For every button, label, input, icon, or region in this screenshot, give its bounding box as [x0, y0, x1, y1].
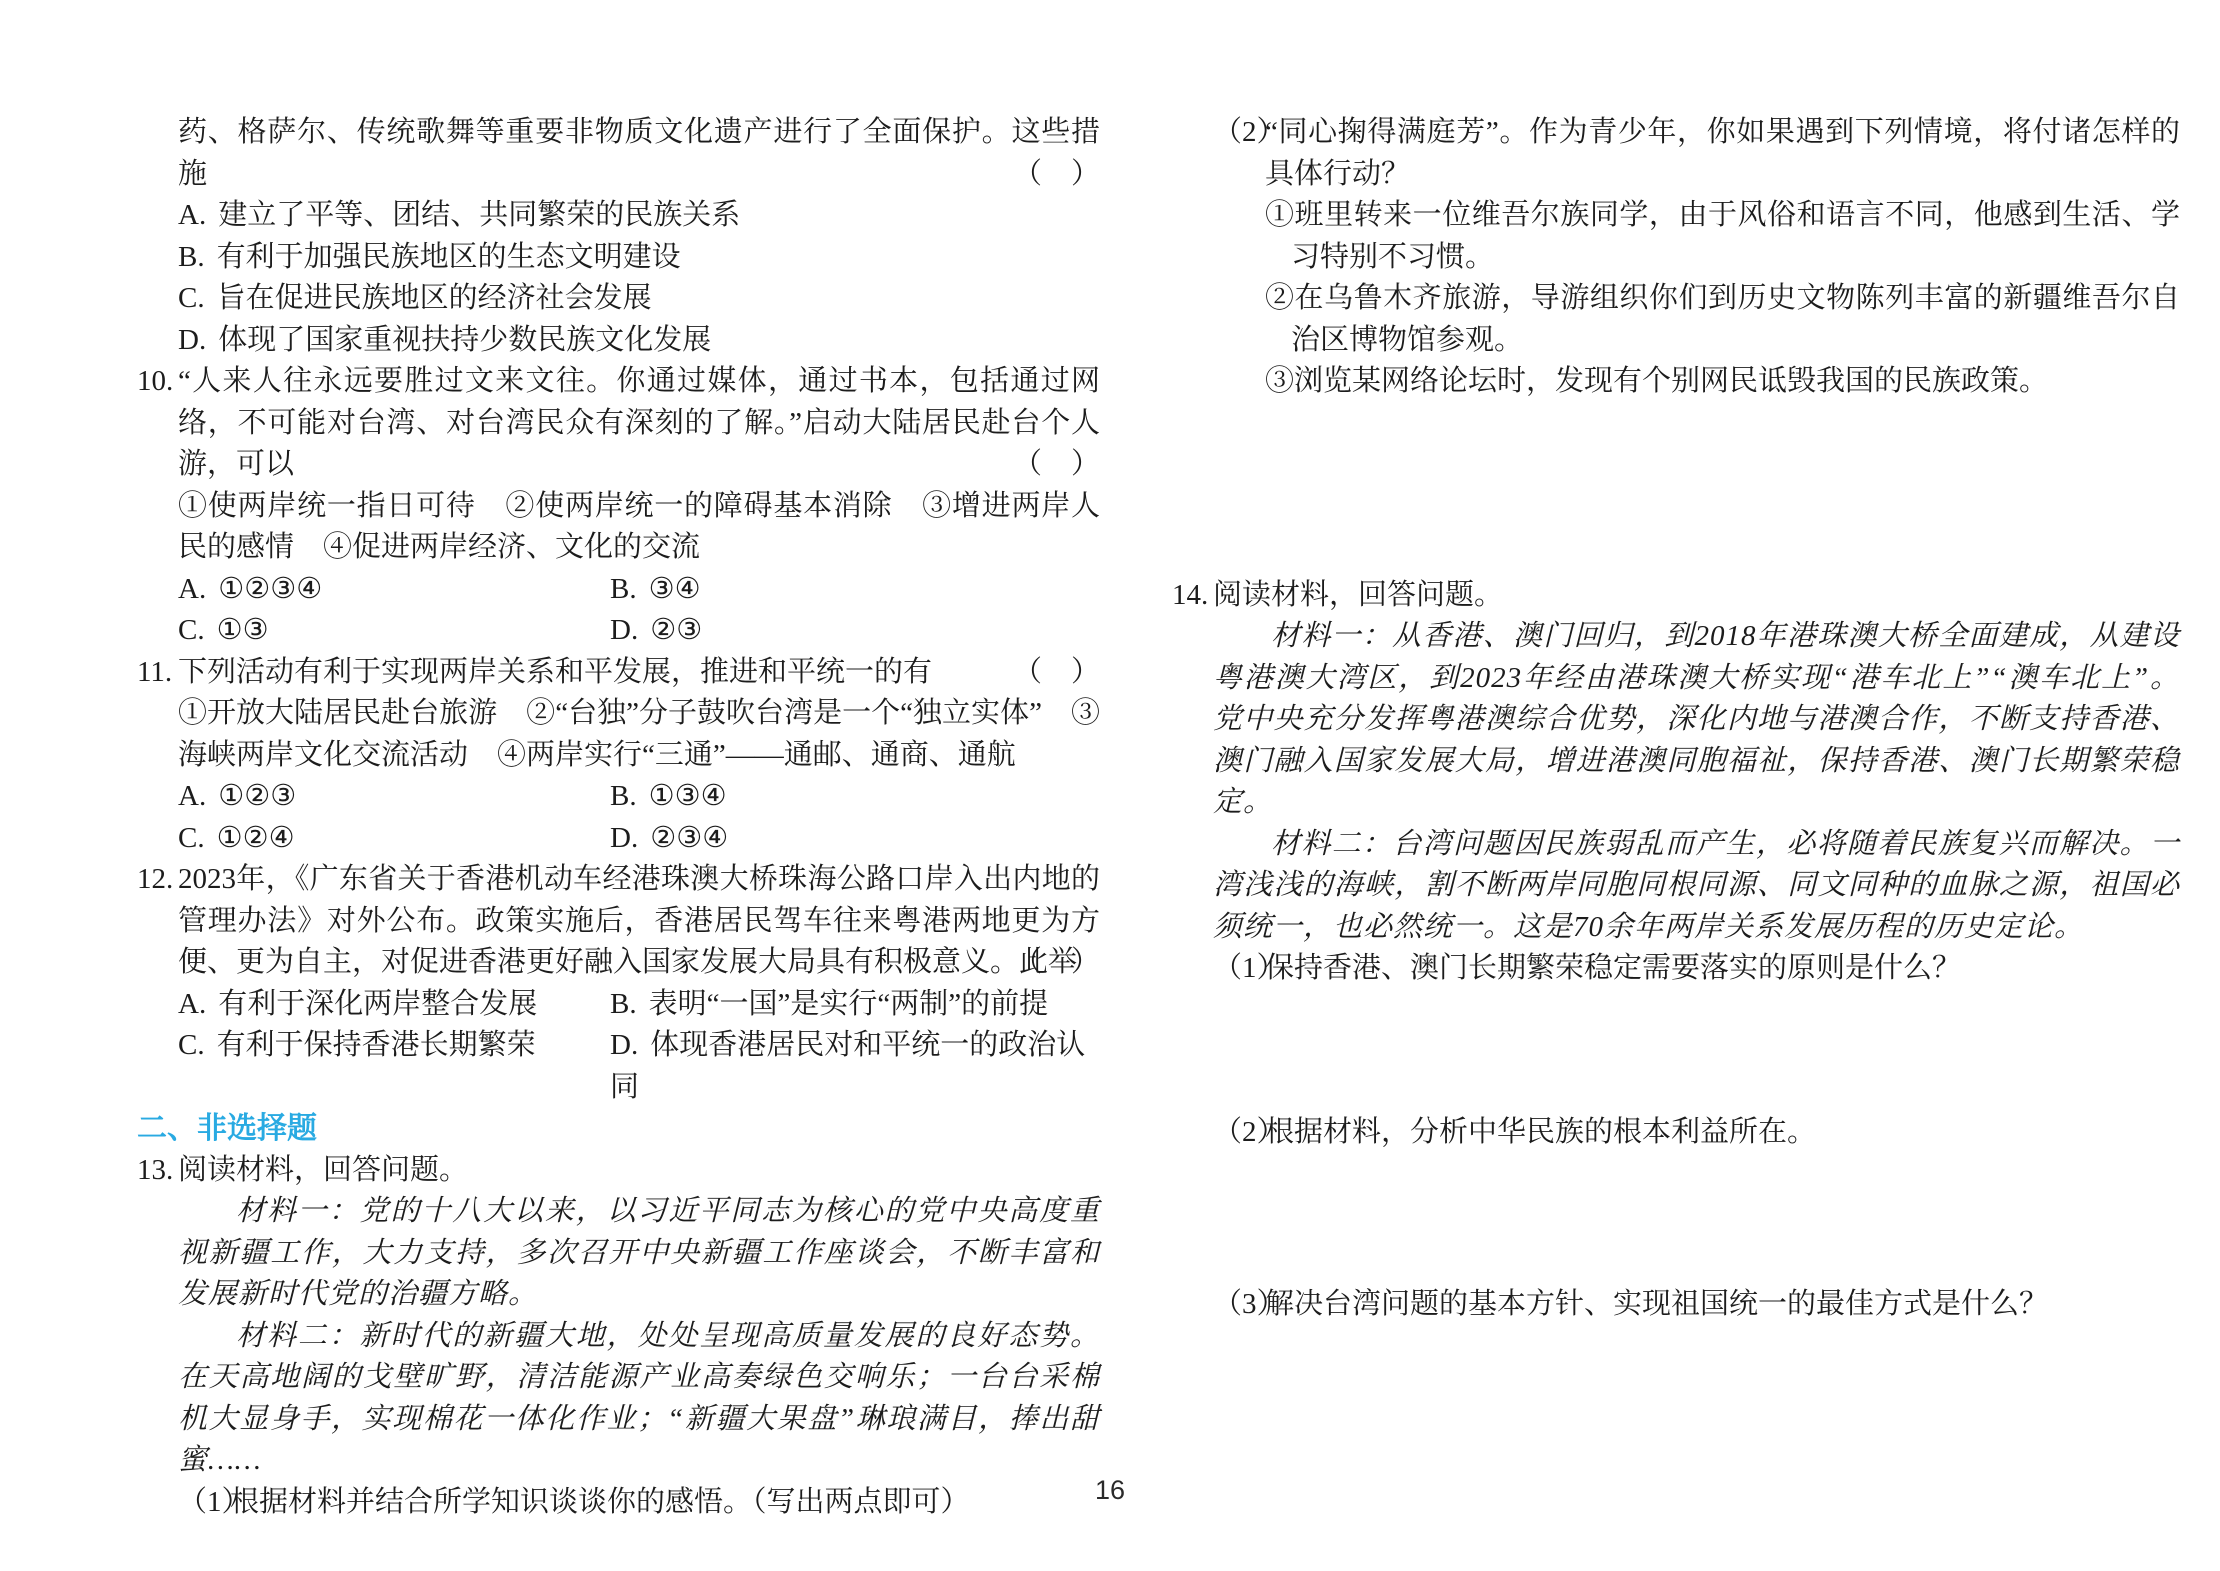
question-13-sub-2: （2） “同心掬得满庭芳”。作为青少年，你如果遇到下列情境，将付诸怎样的具体行动… — [1213, 112, 2180, 403]
question-9-stem-text: 药、格萨尔、传统歌舞等重要非物质文化遗产进行了全面保护。这些措施 — [178, 116, 1100, 190]
option-text: ①③④ — [649, 780, 727, 812]
question-14-material-2: 材料二：台湾问题因民族弱乱而产生，必将随着民族复兴而解决。一湾浅浅的海峡，割不断… — [1213, 824, 2180, 949]
sub-question-label: （2） — [1213, 1112, 1286, 1154]
question-13-stem: 阅读材料，回答问题。 — [178, 1150, 1100, 1192]
question-12-options-row-1: A.有利于深化两岸整合发展 B.表明“一国”是实行“两制”的前提 — [178, 984, 1100, 1026]
question-10-stem-text: “人来人往永远要胜过文来文往。你通过媒体，通过书本，包括通过网络，不可能对台湾、… — [178, 365, 1100, 480]
question-12-option-c: C.有利于保持香港长期繁荣 — [178, 1025, 610, 1108]
question-12: 12. 2023年，《广东省关于香港机动车经港珠澳大桥珠海公路口岸入出内地的管理… — [137, 859, 1100, 1108]
option-label: D. — [610, 822, 638, 854]
sub-question-label: （2） — [1213, 112, 1286, 154]
option-text: 有利于加强民族地区的生态文明建设 — [217, 241, 681, 273]
question-14-sub-1: （1） 保持香港、澳门长期繁荣稳定需要落实的原则是什么？ — [1213, 948, 2180, 990]
option-text: ①②③④ — [218, 573, 322, 605]
question-13-material-2: 材料二：新时代的新疆大地，处处呈现高质量发展的良好态势。在天高地阔的戈壁旷野，清… — [178, 1316, 1100, 1482]
question-14-sub-3: （3） 解决台湾问题的基本方针、实现祖国统一的最佳方式是什么？ — [1213, 1284, 2180, 1326]
sub-question-label: （3） — [1213, 1284, 1286, 1326]
question-13: 13. 阅读材料，回答问题。 材料一：党的十八大以来，以习近平同志为核心的党中央… — [137, 1150, 1100, 1524]
option-label: B. — [610, 573, 637, 605]
answer-bracket: （ ） — [1013, 154, 1100, 196]
question-11-option-b: B.①③④ — [610, 776, 1100, 818]
option-label: C. — [178, 822, 205, 854]
sub-question-label: （1） — [1213, 948, 1286, 990]
question-9-option-a: A.建立了平等、团结、共同繁荣的民族关系 — [178, 195, 1100, 237]
scenario-2: ②在乌鲁木齐旅游，导游组织你们到历史文物陈列丰富的新疆维吾尔自治区博物馆参观。 — [1265, 278, 2180, 361]
question-10-option-d: D.②③ — [610, 610, 1100, 652]
option-text: ①③ — [217, 614, 269, 646]
question-11-options-row-2: C.①②④ D.②③④ — [178, 818, 1100, 860]
question-number: 13. — [137, 1150, 173, 1192]
option-text: 有利于保持香港长期繁荣 — [217, 1029, 536, 1061]
question-11-options-row-1: A.①②③ B.①③④ — [178, 776, 1100, 818]
option-text: 有利于深化两岸整合发展 — [218, 988, 537, 1020]
option-label: A. — [178, 988, 206, 1020]
option-text: 体现了国家重视扶持少数民族文化发展 — [218, 324, 711, 356]
question-11-option-a: A.①②③ — [178, 776, 610, 818]
option-label: A. — [178, 573, 206, 605]
question-12-option-b: B.表明“一国”是实行“两制”的前提 — [610, 984, 1100, 1026]
question-14-material-1: 材料一：从香港、澳门回归，到2018年港珠澳大桥全面建成，从建设粤港澳大湾区，到… — [1213, 616, 2180, 824]
sub-question-text: 解决台湾问题的基本方针、实现祖国统一的最佳方式是什么？ — [1265, 1284, 2180, 1326]
question-13-sub-2-continuation: （2） “同心掬得满庭芳”。作为青少年，你如果遇到下列情境，将付诸怎样的具体行动… — [1172, 112, 2180, 403]
question-11-subitems: ①开放大陆居民赴台旅游 ②“台独”分子鼓吹台湾是一个“独立实体” ③海峡两岸文化… — [178, 693, 1100, 776]
sub-question-body: “同心掬得满庭芳”。作为青少年，你如果遇到下列情境，将付诸怎样的具体行动？ ①班… — [1265, 112, 2180, 403]
option-text: ①②④ — [217, 822, 295, 854]
question-12-options-row-2: C.有利于保持香港长期繁荣 D.体现香港居民对和平统一的政治认同 — [178, 1025, 1100, 1108]
sub-question-text: 根据材料，分析中华民族的根本利益所在。 — [1265, 1112, 2180, 1154]
option-label: C. — [178, 1029, 205, 1061]
question-10-option-b: B.③④ — [610, 569, 1100, 611]
option-label: B. — [610, 780, 637, 812]
answer-bracket: （ ） — [1013, 652, 1100, 694]
question-9-continuation: 药、格萨尔、传统歌舞等重要非物质文化遗产进行了全面保护。这些措施（ ） A.建立… — [137, 112, 1100, 361]
option-text: ①②③ — [218, 780, 296, 812]
section-two-heading: 二、非选择题 — [137, 1108, 1100, 1150]
question-number: 10. — [137, 361, 173, 403]
question-9-option-d: D.体现了国家重视扶持少数民族文化发展 — [178, 320, 1100, 362]
question-12-stem: 2023年，《广东省关于香港机动车经港珠澳大桥珠海公路口岸入出内地的管理办法》对… — [178, 859, 1100, 984]
worksheet-page: 药、格萨尔、传统歌舞等重要非物质文化遗产进行了全面保护。这些措施（ ） A.建立… — [0, 0, 2220, 1571]
option-label: C. — [178, 282, 205, 314]
question-9-stem: 药、格萨尔、传统歌舞等重要非物质文化遗产进行了全面保护。这些措施（ ） — [178, 112, 1100, 195]
question-10-subitems: ①使两岸统一指日可待 ②使两岸统一的障碍基本消除 ③增进两岸人民的感情 ④促进两… — [178, 486, 1100, 569]
answer-bracket: （ ） — [1013, 444, 1100, 486]
question-13-material-1: 材料一：党的十八大以来，以习近平同志为核心的党中央高度重视新疆工作，大力支持，多… — [178, 1191, 1100, 1316]
question-12-option-a: A.有利于深化两岸整合发展 — [178, 984, 610, 1026]
question-10-options-row-1: A.①②③④ B.③④ — [178, 569, 1100, 611]
page-number: 16 — [0, 1475, 2220, 1505]
question-10-options-row-2: C.①③ D.②③ — [178, 610, 1100, 652]
question-11-stem: 下列活动有利于实现两岸关系和平发展，推进和平统一的有（ ） — [178, 652, 1100, 694]
right-column: （2） “同心掬得满庭芳”。作为青少年，你如果遇到下列情境，将付诸怎样的具体行动… — [1172, 0, 2180, 1326]
question-14: 14. 阅读材料，回答问题。 材料一：从香港、澳门回归，到2018年港珠澳大桥全… — [1172, 575, 2180, 1326]
option-label: B. — [178, 241, 205, 273]
question-number: 12. — [137, 859, 173, 901]
question-9-option-c: C.旨在促进民族地区的经济社会发展 — [178, 278, 1100, 320]
question-14-sub-2: （2） 根据材料，分析中华民族的根本利益所在。 — [1213, 1112, 2180, 1154]
option-text: 旨在促进民族地区的经济社会发展 — [217, 282, 652, 314]
option-label: D. — [610, 614, 638, 646]
question-14-stem: 阅读材料，回答问题。 — [1213, 575, 2180, 617]
answer-bracket: （ ） — [1013, 942, 1100, 984]
scenario-3: ③浏览某网络论坛时，发现有个别网民诋毁我国的民族政策。 — [1265, 361, 2180, 403]
question-9-option-b: B.有利于加强民族地区的生态文明建设 — [178, 237, 1100, 279]
option-text: 建立了平等、团结、共同繁荣的民族关系 — [218, 199, 740, 231]
option-text: 体现香港居民对和平统一的政治认同 — [610, 1029, 1085, 1103]
option-label: D. — [610, 1029, 638, 1061]
question-number: 11. — [137, 652, 172, 694]
question-12-stem-text: 2023年，《广东省关于香港机动车经港珠澳大桥珠海公路口岸入出内地的管理办法》对… — [178, 863, 1100, 978]
option-text: ②③ — [650, 614, 702, 646]
left-column: 药、格萨尔、传统歌舞等重要非物质文化遗产进行了全面保护。这些措施（ ） A.建立… — [137, 0, 1100, 1523]
question-10: 10. “人来人往永远要胜过文来文往。你通过媒体，通过书本，包括通过网络，不可能… — [137, 361, 1100, 652]
option-label: C. — [178, 614, 205, 646]
question-10-option-a: A.①②③④ — [178, 569, 610, 611]
sub-question-text: “同心掬得满庭芳”。作为青少年，你如果遇到下列情境，将付诸怎样的具体行动？ — [1265, 112, 2180, 195]
question-11-stem-text: 下列活动有利于实现两岸关系和平发展，推进和平统一的有 — [178, 656, 932, 688]
option-text: 表明“一国”是实行“两制”的前提 — [649, 988, 1049, 1020]
option-label: A. — [178, 780, 206, 812]
question-number: 14. — [1172, 575, 1208, 617]
option-label: A. — [178, 199, 206, 231]
option-label: D. — [178, 324, 206, 356]
question-11: 11. 下列活动有利于实现两岸关系和平发展，推进和平统一的有（ ） ①开放大陆居… — [137, 652, 1100, 860]
question-12-option-d: D.体现香港居民对和平统一的政治认同 — [610, 1025, 1100, 1108]
question-11-option-d: D.②③④ — [610, 818, 1100, 860]
question-10-stem: “人来人往永远要胜过文来文往。你通过媒体，通过书本，包括通过网络，不可能对台湾、… — [178, 361, 1100, 486]
option-text: ③④ — [649, 573, 701, 605]
question-10-option-c: C.①③ — [178, 610, 610, 652]
option-label: B. — [610, 988, 637, 1020]
sub-question-text: 保持香港、澳门长期繁荣稳定需要落实的原则是什么？ — [1265, 948, 2180, 990]
option-text: ②③④ — [650, 822, 728, 854]
question-11-option-c: C.①②④ — [178, 818, 610, 860]
scenario-1: ①班里转来一位维吾尔族同学，由于风俗和语言不同，他感到生活、学习特别不习惯。 — [1265, 195, 2180, 278]
